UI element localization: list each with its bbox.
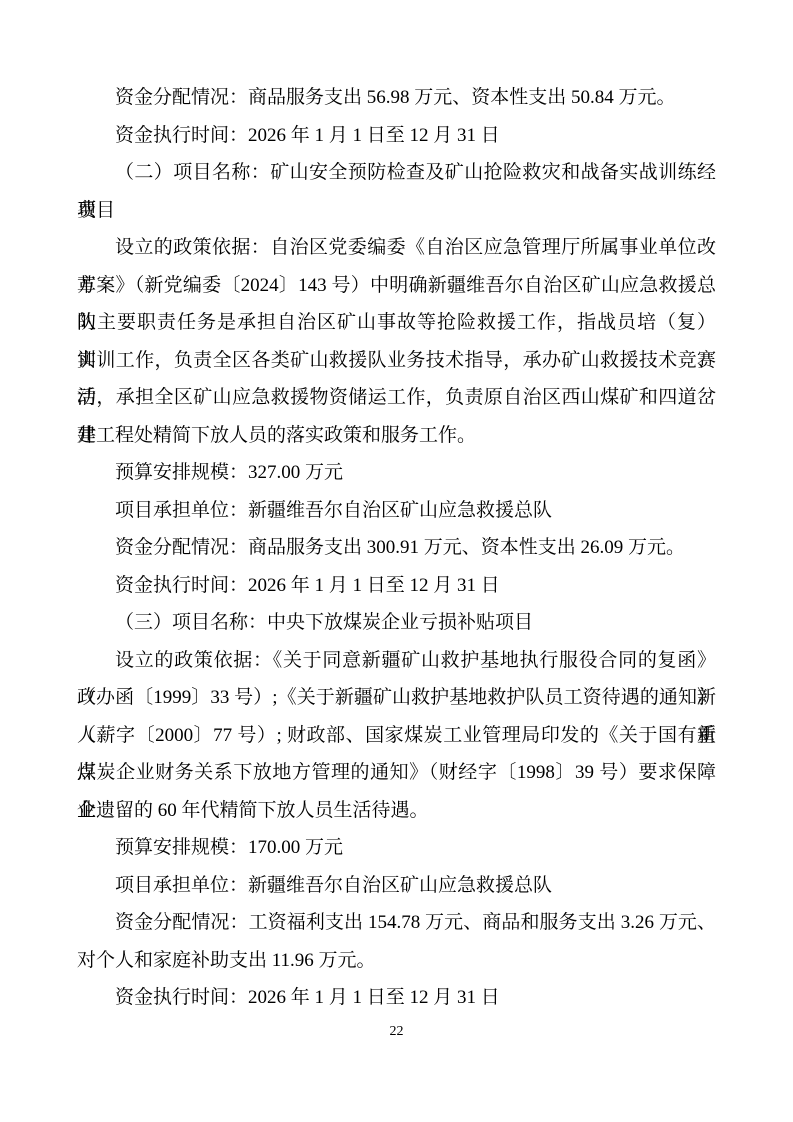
text-line: 实训工作，负责全区各类矿山救援队业务技术指导，承办矿山救援技术竞赛活 xyxy=(77,342,716,380)
document-body: 资金分配情况：商品服务支出 56.98 万元、资本性支出 50.84 万元。资金… xyxy=(77,79,716,1017)
text-line: 项目承担单位：新疆维吾尔自治区矿山应急救援总队 xyxy=(77,867,716,905)
text-line: 资金分配情况：商品服务支出 56.98 万元、资本性支出 50.84 万元。 xyxy=(77,79,716,117)
text-line: 的主要职责任务是承担自治区矿山事故等抢险救援工作，指战员培（复）训、 xyxy=(77,304,716,342)
text-line: 项目承担单位：新疆维吾尔自治区矿山应急救援总队 xyxy=(77,492,716,530)
text-line: 人薪字〔2000〕77 号）; 财政部、国家煤炭工业管理局印发的《关于国有重点 xyxy=(77,717,716,755)
text-line: 煤炭企业财务关系下放地方管理的通知》（财经字〔1998〕39 号）要求保障企 xyxy=(77,754,716,792)
page-number: 22 xyxy=(0,1022,793,1042)
text-line: 对个人和家庭补助支出 11.96 万元。 xyxy=(77,942,716,980)
text-line: 设立的政策依据：自治区党委编委《自治区应急管理厅所属事业单位改革 xyxy=(77,229,716,267)
text-line: 资金执行时间：2026 年 1 月 1 日至 12 月 31 日 xyxy=(77,567,716,605)
text-line: 井工程处精简下放人员的落实政策和服务工作。 xyxy=(77,417,716,455)
text-line: 政办函〔1999〕33 号）;《关于新疆矿山救护基地救护队员工资待遇的通知》（新 xyxy=(77,679,716,717)
document-page: 资金分配情况：商品服务支出 56.98 万元、资本性支出 50.84 万元。资金… xyxy=(0,0,793,1122)
text-line: 资金分配情况：商品服务支出 300.91 万元、资本性支出 26.09 万元。 xyxy=(77,529,716,567)
text-line: 业遗留的 60 年代精简下放人员生活待遇。 xyxy=(77,792,716,830)
text-line: 项目 xyxy=(77,192,716,230)
text-line: 设立的政策依据：《关于同意新疆矿山救护基地执行服役合同的复函》（新 xyxy=(77,642,716,680)
text-line: 资金执行时间：2026 年 1 月 1 日至 12 月 31 日 xyxy=(77,117,716,155)
text-line: （三）项目名称：中央下放煤炭企业亏损补贴项目 xyxy=(77,604,716,642)
text-line: 预算安排规模：170.00 万元 xyxy=(77,829,716,867)
text-line: （二）项目名称：矿山安全预防检查及矿山抢险救灾和战备实战训练经费 xyxy=(77,154,716,192)
text-line: 资金分配情况：工资福利支出 154.78 万元、商品和服务支出 3.26 万元、 xyxy=(77,904,716,942)
text-line: 动，承担全区矿山应急救援物资储运工作，负责原自治区西山煤矿和四道岔建 xyxy=(77,379,716,417)
text-line: 预算安排规模：327.00 万元 xyxy=(77,454,716,492)
text-line: 资金执行时间：2026 年 1 月 1 日至 12 月 31 日 xyxy=(77,979,716,1017)
text-line: 方案》（新党编委〔2024〕143 号）中明确新疆维吾尔自治区矿山应急救援总队 xyxy=(77,267,716,305)
